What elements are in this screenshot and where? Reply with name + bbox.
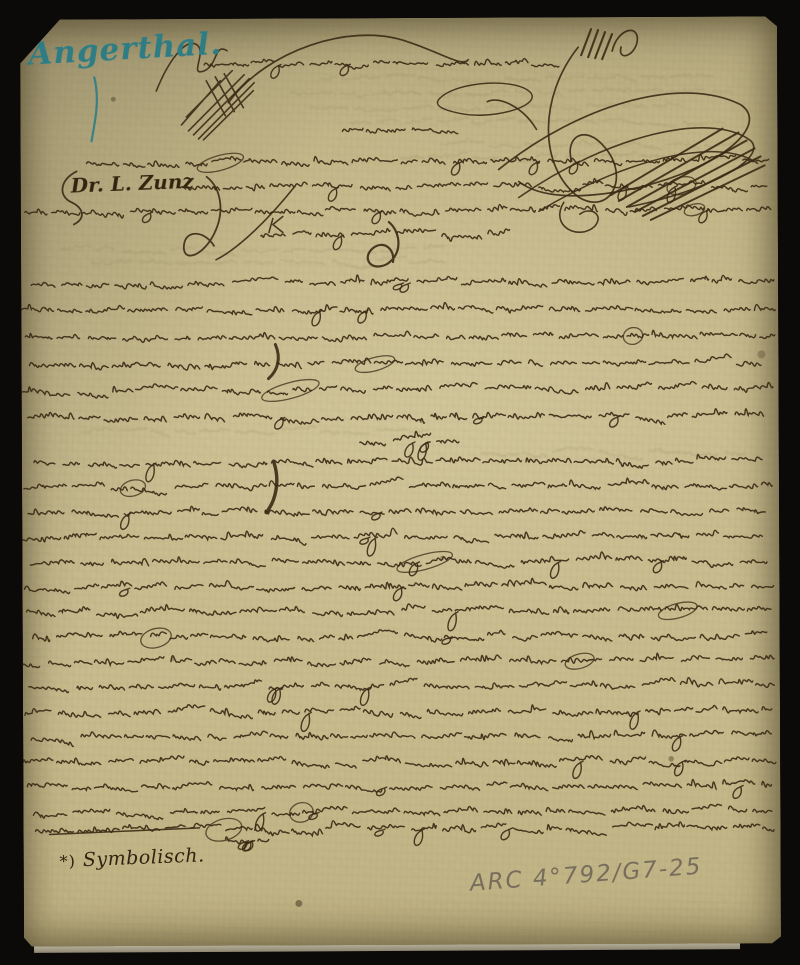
stain-speck [668,756,674,762]
stain-speck [757,350,765,358]
stain-speck [295,900,302,907]
zunz-inscription: Dr. L. Zunz [70,169,194,198]
stain-speck [171,657,175,661]
photo-frame: Angerthal. Dr. L. Zunz *)Symbolisch. ARC… [0,0,800,965]
stain-speck [111,97,116,102]
stain-speck [440,556,444,560]
footnote-marker: *) [59,851,76,871]
handwriting-layer [20,16,781,946]
manuscript-page: Angerthal. Dr. L. Zunz *)Symbolisch. ARC… [20,16,781,946]
